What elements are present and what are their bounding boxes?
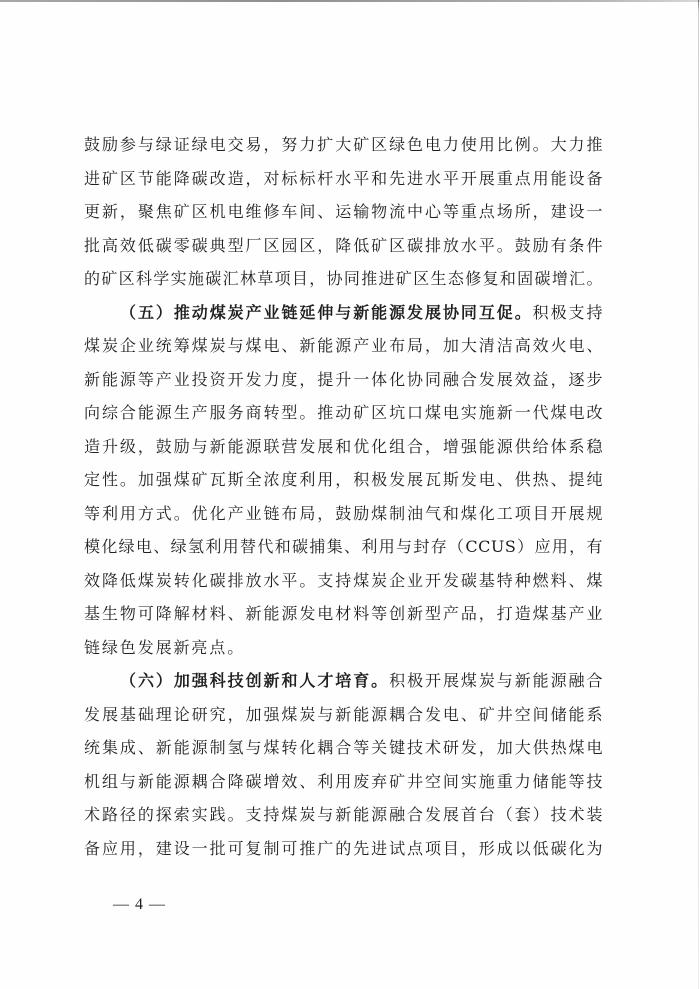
text-line: 鼓励参与绿证绿电交易，努力扩大矿区绿色电力使用比例。大力推 bbox=[84, 128, 603, 162]
paragraph-section-5: （五）推动煤炭产业链延伸与新能源发展协同互促。积极支持 煤炭企业统筹煤炭与煤电、… bbox=[84, 296, 603, 665]
page-number: — 4 — bbox=[113, 893, 166, 917]
paragraph-section-6: （六）加强科技创新和人才培育。积极开展煤炭与新能源融合 发展基础理论研究，加强煤… bbox=[84, 664, 603, 865]
text-line: 发展基础理论研究，加强煤炭与新能源耦合发电、矿井空间储能系 bbox=[84, 698, 603, 732]
text-line: 批高效低碳零碳典型厂区园区，降低矿区碳排放水平。鼓励有条件 bbox=[84, 229, 603, 263]
text-line: 基生物可降解材料、新能源发电材料等创新型产品，打造煤基产业 bbox=[84, 597, 603, 631]
text-line: 效降低煤炭转化碳排放水平。支持煤炭企业开发碳基特种燃料、煤 bbox=[84, 564, 603, 598]
text-line: 向综合能源生产服务商转型。推动矿区坑口煤电实施新一代煤电改 bbox=[84, 396, 603, 430]
text-line: 的矿区科学实施碳汇林草项目，协同推进矿区生态修复和固碳增汇。 bbox=[84, 262, 603, 296]
scan-right-edge bbox=[698, 0, 699, 989]
section-heading-5: （五）推动煤炭产业链延伸与新能源发展协同互促。 bbox=[120, 303, 533, 322]
text-line: （五）推动煤炭产业链延伸与新能源发展协同互促。积极支持 bbox=[84, 296, 603, 330]
text-line: 统集成、新能源制氢与煤转化耦合等关键技术研发，加大供热煤电 bbox=[84, 731, 603, 765]
text-line: 术路径的探索实践。支持煤炭与新能源融合发展首台（套）技术装 bbox=[84, 798, 603, 832]
text-line: 模化绿电、绿氢利用替代和碳捕集、利用与封存（CCUS）应用，有 bbox=[84, 530, 603, 564]
text-line: 链绿色发展新亮点。 bbox=[84, 631, 603, 665]
scan-top-edge bbox=[0, 0, 700, 2]
text-line: 更新，聚焦矿区机电维修车间、运输物流中心等重点场所，建设一 bbox=[84, 195, 603, 229]
paragraph-green-power: 鼓励参与绿证绿电交易，努力扩大矿区绿色电力使用比例。大力推 进矿区节能降碳改造，… bbox=[84, 128, 603, 296]
text-line: （六）加强科技创新和人才培育。积极开展煤炭与新能源融合 bbox=[84, 664, 603, 698]
text-line: 煤炭企业统筹煤炭与煤电、新能源产业布局，加大清洁高效火电、 bbox=[84, 329, 603, 363]
text-segment: 积极支持 bbox=[533, 303, 603, 322]
text-segment: 积极开展煤炭与新能源融合 bbox=[389, 671, 603, 690]
body-text: 鼓励参与绿证绿电交易，努力扩大矿区绿色电力使用比例。大力推 进矿区节能降碳改造，… bbox=[84, 128, 603, 865]
text-line: 备应用，建设一批可复制可推广的先进试点项目，形成以低碳化为 bbox=[84, 832, 603, 866]
section-heading-6: （六）加强科技创新和人才培育。 bbox=[120, 671, 389, 690]
document-page: 鼓励参与绿证绿电交易，努力扩大矿区绿色电力使用比例。大力推 进矿区节能降碳改造，… bbox=[0, 0, 700, 989]
text-line: 等利用方式。优化产业链布局，鼓励煤制油气和煤化工项目开展规 bbox=[84, 497, 603, 531]
text-line: 定性。加强煤矿瓦斯全浓度利用，积极发展瓦斯发电、供热、提纯 bbox=[84, 463, 603, 497]
text-line: 造升级，鼓励与新能源联营发展和优化组合，增强能源供给体系稳 bbox=[84, 430, 603, 464]
text-line: 进矿区节能降碳改造，对标标杆水平和先进水平开展重点用能设备 bbox=[84, 162, 603, 196]
text-line: 机组与新能源耦合降碳增效、利用废弃矿井空间实施重力储能等技 bbox=[84, 765, 603, 799]
text-line: 新能源等产业投资开发力度，提升一体化协同融合发展效益，逐步 bbox=[84, 363, 603, 397]
